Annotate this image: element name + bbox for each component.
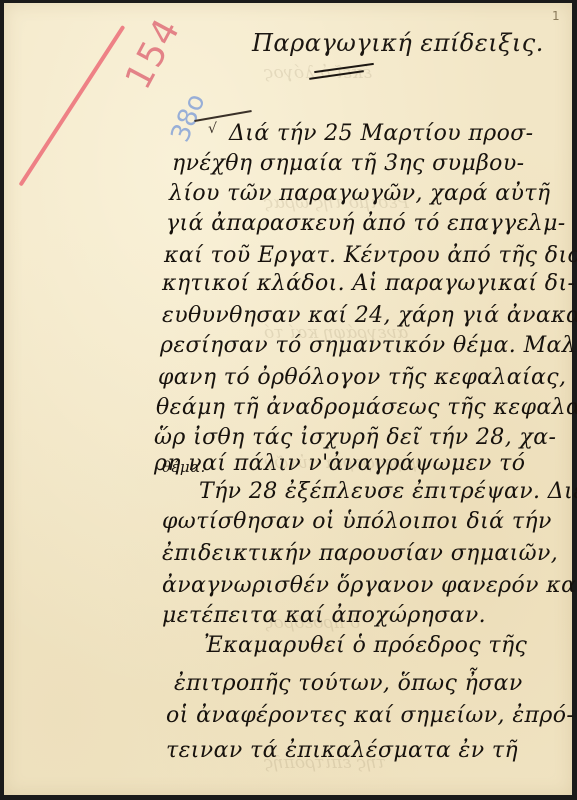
text-line: ἐπιτροπῆς τούτων, ὅπως ἦσαν [174, 671, 523, 696]
text-line: ἐπιδεικτικήν παρουσίαν σημαιῶν, [162, 541, 558, 566]
manuscript-title: Παραγωγική επίδειξις. [252, 29, 544, 57]
manuscript-page: ἐκεῖ ὁ λόγος Ρέσιμο τῆς ὥρας ἀνεγράφη κα… [4, 3, 572, 795]
text-line: ρη ναί πάλιν ν'ἀναγράψωμεν τό [154, 451, 525, 476]
text-line: θέμα. [162, 458, 206, 476]
paragraph-mark-tick: √ [208, 121, 217, 137]
text-line: φωτίσθησαν οἱ ὑπόλοιποι διά τήν [162, 509, 552, 534]
text-line: τειναν τά ἐπικαλέσματα ἐν τῆ [166, 738, 518, 763]
text-line: κητικοί κλάδοι. Αἱ παραγωγικαί δι- [162, 271, 575, 296]
text-line: φανη τό ὀρθόλογον τῆς κεφαλαίας, [158, 365, 566, 390]
text-line: ὥρ ἰσθη τάς ἰσχυρῆ δεῖ τήν 28, χα- [154, 425, 556, 450]
text-line: μετέπειτα καί ἀποχώρησαν. [162, 603, 486, 628]
text-line: ρεσίησαν τό σημαντικόν θέμα. Μαλακ- [160, 333, 577, 358]
text-line: καί τοῦ Εργατ. Κέντρου ἀπό τῆς διοι- [164, 243, 577, 268]
text-line: λίου τῶν παραγωγῶν, χαρά αὐτῆ [169, 181, 550, 206]
red-pencil-strike [19, 25, 126, 187]
text-line: ἀναγνωρισθέν ὅργανον φανερόν καί [162, 573, 577, 598]
text-line: ευθυνθησαν καί 24, χάρη γιά ἀνακαλ- [162, 303, 577, 328]
text-line: Διά τήν 25 Μαρτίου προσ- [229, 121, 533, 146]
text-line: Τήν 28 ἐξέπλευσε ἐπιτρέψαν. Διε- [199, 479, 577, 504]
text-line: ηνέχθη σημαία τῆ 3ης συμβου- [172, 151, 524, 176]
text-line: Ἐκαμαρυθεί ὁ πρόεδρος τῆς [204, 633, 527, 658]
text-line: οἱ ἀναφέροντες καί σημείων, ἐπρό- [166, 703, 574, 728]
title-underline [314, 63, 374, 73]
text-line: θεάμη τῆ ἀναδρομάσεως τῆς κεφαλαίας, [156, 395, 577, 420]
red-pencil-number: 154 [118, 11, 189, 96]
text-line: γιά ἀπαρασκευή ἀπό τό επαγγελμ- [166, 211, 566, 236]
page-number: 1 [552, 9, 560, 23]
